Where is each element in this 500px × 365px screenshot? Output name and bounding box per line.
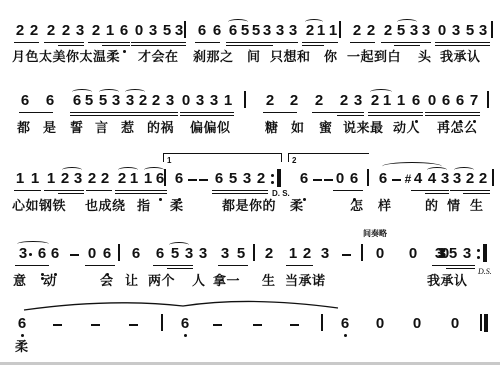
note-digit: 3 [242, 171, 252, 187]
tie-slur [144, 167, 164, 173]
lyric-text: 间 [247, 50, 261, 66]
tie-slur [72, 89, 92, 95]
dash [199, 179, 208, 181]
note-digit: 6 [228, 23, 238, 39]
note-digit: 2 [302, 246, 312, 262]
lyric-text: 才会在 [138, 50, 179, 66]
tie-slur [305, 19, 323, 25]
note-digit: 6 [45, 93, 55, 109]
lyric-text: 让 [125, 274, 139, 290]
note-digit: 1 [382, 93, 392, 109]
note-digit: 1 [143, 171, 153, 187]
note-digit: 1 [316, 23, 326, 39]
octave-dot-below [344, 334, 347, 337]
barline [487, 91, 489, 108]
note-digit: 1 [105, 23, 115, 39]
tie-slur-long [20, 296, 340, 312]
tie-slur [427, 167, 447, 173]
lyric-text: 样 [378, 199, 392, 215]
note-digit: 6 [349, 171, 359, 187]
lyric-text: 糖 [265, 121, 279, 137]
lyric-text: 也成绕 [85, 199, 126, 215]
note-digit: 6 [455, 93, 465, 109]
lyric-text: 刹那之 [193, 50, 234, 66]
volta-bracket-2 [288, 153, 369, 162]
note-digit: 3 [434, 246, 444, 262]
lyric-text: 动 [43, 274, 57, 290]
note-digit: 1 [223, 93, 233, 109]
dash [188, 179, 197, 181]
volta-number-2: 2 [292, 156, 296, 165]
volta-number-1: 1 [167, 156, 171, 165]
notes-row-5: 666000 [0, 316, 500, 338]
note-digit: 6 [50, 246, 60, 262]
lyric-text: 柔 [15, 340, 29, 356]
note-digit: 2 [289, 93, 299, 109]
note-digit: 5 [98, 93, 108, 109]
note-digit: 6 [174, 171, 184, 187]
final-barline-thick [484, 314, 488, 332]
note-digit: 0 [134, 23, 144, 39]
note-digit: 0 [375, 316, 385, 332]
barline [321, 314, 323, 331]
note-digit: 0 [335, 171, 345, 187]
tie-slur [370, 89, 392, 95]
lyric-text: 我承认 [440, 50, 481, 66]
barline [367, 169, 369, 186]
lyric-text: 柔 [290, 199, 304, 215]
tie-slur [454, 167, 474, 173]
note-digit: 3 [198, 246, 208, 262]
barline [492, 169, 494, 186]
barline [184, 21, 186, 38]
dash [313, 179, 322, 181]
score-row-5: 666000 柔 [0, 316, 500, 362]
note-digit: 3 [440, 171, 450, 187]
note-digit: 6 [20, 93, 30, 109]
note-digit: 3 [220, 246, 230, 262]
lyric-text: 会 [100, 274, 114, 290]
note-digit: 1 [396, 93, 406, 109]
tie-slur [118, 167, 138, 173]
dash [70, 254, 79, 256]
score-row-1: 222232160353666553332112225330353 月色太美你太… [0, 18, 500, 78]
tie-slur [125, 89, 145, 95]
note-digit: 1 [15, 171, 25, 187]
repeat-end-barline [277, 169, 281, 187]
note-digit: 5 [162, 23, 172, 39]
note-digit: 5 [448, 246, 458, 262]
note-digit: 2 [366, 23, 376, 39]
note-digit: 0 [412, 316, 422, 332]
lyric-text: 情 [447, 199, 461, 215]
note-digit: 2 [256, 171, 266, 187]
note-digit: 3 [75, 23, 85, 39]
note-digit: 6 [411, 93, 421, 109]
barline [491, 21, 493, 38]
tie-slur [17, 241, 49, 247]
note-digit: 6 [102, 246, 112, 262]
octave-dot-below [123, 50, 126, 53]
ds-marking: D.S. [478, 267, 492, 276]
lyric-text: 是 [43, 121, 57, 137]
ds-marking: D. S. [272, 189, 290, 198]
repeat-end-barline [483, 244, 487, 262]
lyric-text: 再怎么 [437, 121, 478, 137]
note-digit: 2 [60, 171, 70, 187]
note-digit: 2 [352, 23, 362, 39]
tie-slur [62, 167, 82, 173]
note-digit: 1 [328, 23, 338, 39]
barline [361, 244, 363, 261]
note-digit: 0 [437, 23, 447, 39]
lyric-text: 都是你的 [222, 199, 276, 215]
tie-slur [228, 19, 248, 25]
lyric-text: 说来最 [343, 121, 384, 137]
note-digit: 2 [465, 171, 475, 187]
score-row-3: 11123222116665326066443322 D. S. # 心如钢铁也… [0, 166, 500, 226]
note-digit: 2 [478, 171, 488, 187]
note-digit: 3 [18, 246, 28, 262]
note-digit: 6 [212, 23, 222, 39]
interlude-omitted-label: 间奏略 [363, 229, 387, 238]
lyric-text: 如 [291, 121, 305, 137]
jianpu-score-sheet: 222232160353666553332112225330353 月色太美你太… [0, 0, 500, 362]
lyric-text: 头 [418, 50, 432, 66]
note-digit: 4 [427, 171, 437, 187]
barline [253, 244, 255, 261]
note-digit: 0 [87, 246, 97, 262]
note-digit: 6 [119, 23, 129, 39]
final-barline-thin [480, 314, 482, 331]
note-digit: 0 [450, 316, 460, 332]
note-digit: 2 [138, 93, 148, 109]
note-digit: 5 [396, 23, 406, 39]
note-digit: 5 [170, 246, 180, 262]
dash [91, 324, 100, 326]
lyric-text: 柔 [170, 199, 184, 215]
note-digit: 3 [288, 23, 298, 39]
note-digit: 3 [451, 23, 461, 39]
note-digit: 3 [174, 23, 184, 39]
note-digit: 3 [275, 23, 285, 39]
augmentation-dot [29, 253, 32, 256]
lyric-text: 生 [262, 274, 276, 290]
note-digit: 5 [251, 23, 261, 39]
lyric-text: 偏偏似 [190, 121, 231, 137]
note-digit: 2 [305, 23, 315, 39]
lyric-text: 动人 [393, 121, 420, 137]
note-digit: 0 [427, 93, 437, 109]
tie-slur [99, 89, 119, 95]
lyric-text: 一起到白 [347, 50, 401, 66]
note-digit: 6 [378, 171, 388, 187]
lyric-text: 怎 [350, 199, 364, 215]
lyric-text: 惹 [121, 121, 135, 137]
score-row-2: 666553322303312222321160667 都是誓言惹的祸偏偏似糖如… [0, 88, 500, 148]
dash [324, 179, 333, 181]
note-digit: 1 [288, 246, 298, 262]
note-digit: 5 [465, 23, 475, 39]
note-digit: 5 [240, 23, 250, 39]
lyric-text: 生 [470, 199, 484, 215]
note-digit: 6 [214, 171, 224, 187]
note-digit: 3 [462, 246, 472, 262]
note-digit: 2 [264, 246, 274, 262]
lyric-text: 指 [137, 199, 151, 215]
lyric-text: 当承诺 [285, 274, 326, 290]
lyric-text: 言 [95, 121, 109, 137]
dash [213, 324, 222, 326]
barline [339, 21, 341, 38]
note-digit: 3 [452, 171, 462, 187]
note-digit: 6 [155, 246, 165, 262]
lyric-text: 人 [192, 274, 206, 290]
dash [129, 324, 138, 326]
note-digit: 3 [165, 93, 175, 109]
barline [244, 91, 246, 108]
barline [161, 314, 163, 331]
note-digit: 3 [353, 93, 363, 109]
note-digit: 0 [181, 93, 191, 109]
note-digit: 3 [209, 93, 219, 109]
dash [53, 324, 62, 326]
note-digit: 3 [478, 23, 488, 39]
note-digit: 7 [469, 93, 479, 109]
lyric-text: 只想和 [270, 50, 311, 66]
note-digit: 3 [195, 93, 205, 109]
note-digit: 2 [314, 93, 324, 109]
note-digit: 2 [61, 23, 71, 39]
note-digit: 3 [421, 23, 431, 39]
note-digit: 2 [117, 171, 127, 187]
dash [253, 324, 262, 326]
notes-row-4: 36606665333521230003353 [0, 246, 500, 268]
note-digit: 6 [441, 93, 451, 109]
lyric-text: 誓 [70, 121, 84, 137]
tie-slur [169, 242, 189, 248]
note-digit: 3 [262, 23, 272, 39]
note-digit: 2 [339, 93, 349, 109]
tie-slur [397, 19, 417, 25]
lyric-text: 月色太美你太温柔 [12, 50, 120, 66]
lyric-text: 都 [17, 121, 31, 137]
dash [342, 254, 351, 256]
note-digit: 3 [320, 246, 330, 262]
note-digit: 2 [15, 23, 25, 39]
octave-dot-below [159, 198, 162, 201]
volta-bracket-1 [163, 153, 282, 162]
note-digit: 2 [370, 93, 380, 109]
lyric-text: 意 [13, 274, 27, 290]
note-digit: 3 [409, 23, 419, 39]
note-digit: 3 [73, 171, 83, 187]
sharp-sign: # [403, 171, 413, 187]
note-digit: 3 [184, 246, 194, 262]
score-row-4: 36606665333521230003353 D.S. 意动会让两个人拿一生当… [0, 241, 500, 301]
note-digit: 6 [17, 316, 27, 332]
note-digit: 0 [408, 246, 418, 262]
lyric-text: 我承认 [427, 274, 468, 290]
note-digit: 2 [91, 23, 101, 39]
note-digit: 1 [46, 171, 56, 187]
note-digit: 6 [72, 93, 82, 109]
lyric-text: 的祸 [147, 121, 174, 137]
lyric-text: 蜜 [319, 121, 333, 137]
lyric-text: 拿一 [213, 274, 240, 290]
note-digit: 2 [265, 93, 275, 109]
note-digit: 6 [299, 171, 309, 187]
note-digit: 2 [151, 93, 161, 109]
note-digit: 2 [87, 171, 97, 187]
note-digit: 1 [129, 171, 139, 187]
note-digit: 2 [383, 23, 393, 39]
note-digit: 2 [46, 23, 56, 39]
barline [164, 169, 166, 186]
note-digit: 3 [111, 93, 121, 109]
lyric-text: 你 [324, 50, 338, 66]
note-digit: 3 [148, 23, 158, 39]
note-digit: 1 [30, 171, 40, 187]
barline [118, 244, 120, 261]
note-digit: 6 [131, 246, 141, 262]
note-digit: 2 [29, 23, 39, 39]
octave-dot-below [21, 334, 24, 337]
dash [392, 179, 401, 181]
note-digit: 6 [340, 316, 350, 332]
note-digit: 5 [236, 246, 246, 262]
octave-dot-below [184, 334, 187, 337]
lyric-text: 两个 [148, 274, 175, 290]
lyric-text: 心如钢铁 [12, 199, 66, 215]
note-digit: 4 [413, 171, 423, 187]
lyric-text: 的 [425, 199, 439, 215]
note-digit: 3 [125, 93, 135, 109]
note-digit: 6 [180, 316, 190, 332]
note-digit: 5 [84, 93, 94, 109]
note-digit: 0 [375, 246, 385, 262]
note-digit: 6 [37, 246, 47, 262]
dash [290, 324, 299, 326]
note-digit: 2 [100, 171, 110, 187]
note-digit: 6 [197, 23, 207, 39]
note-digit: 5 [228, 171, 238, 187]
